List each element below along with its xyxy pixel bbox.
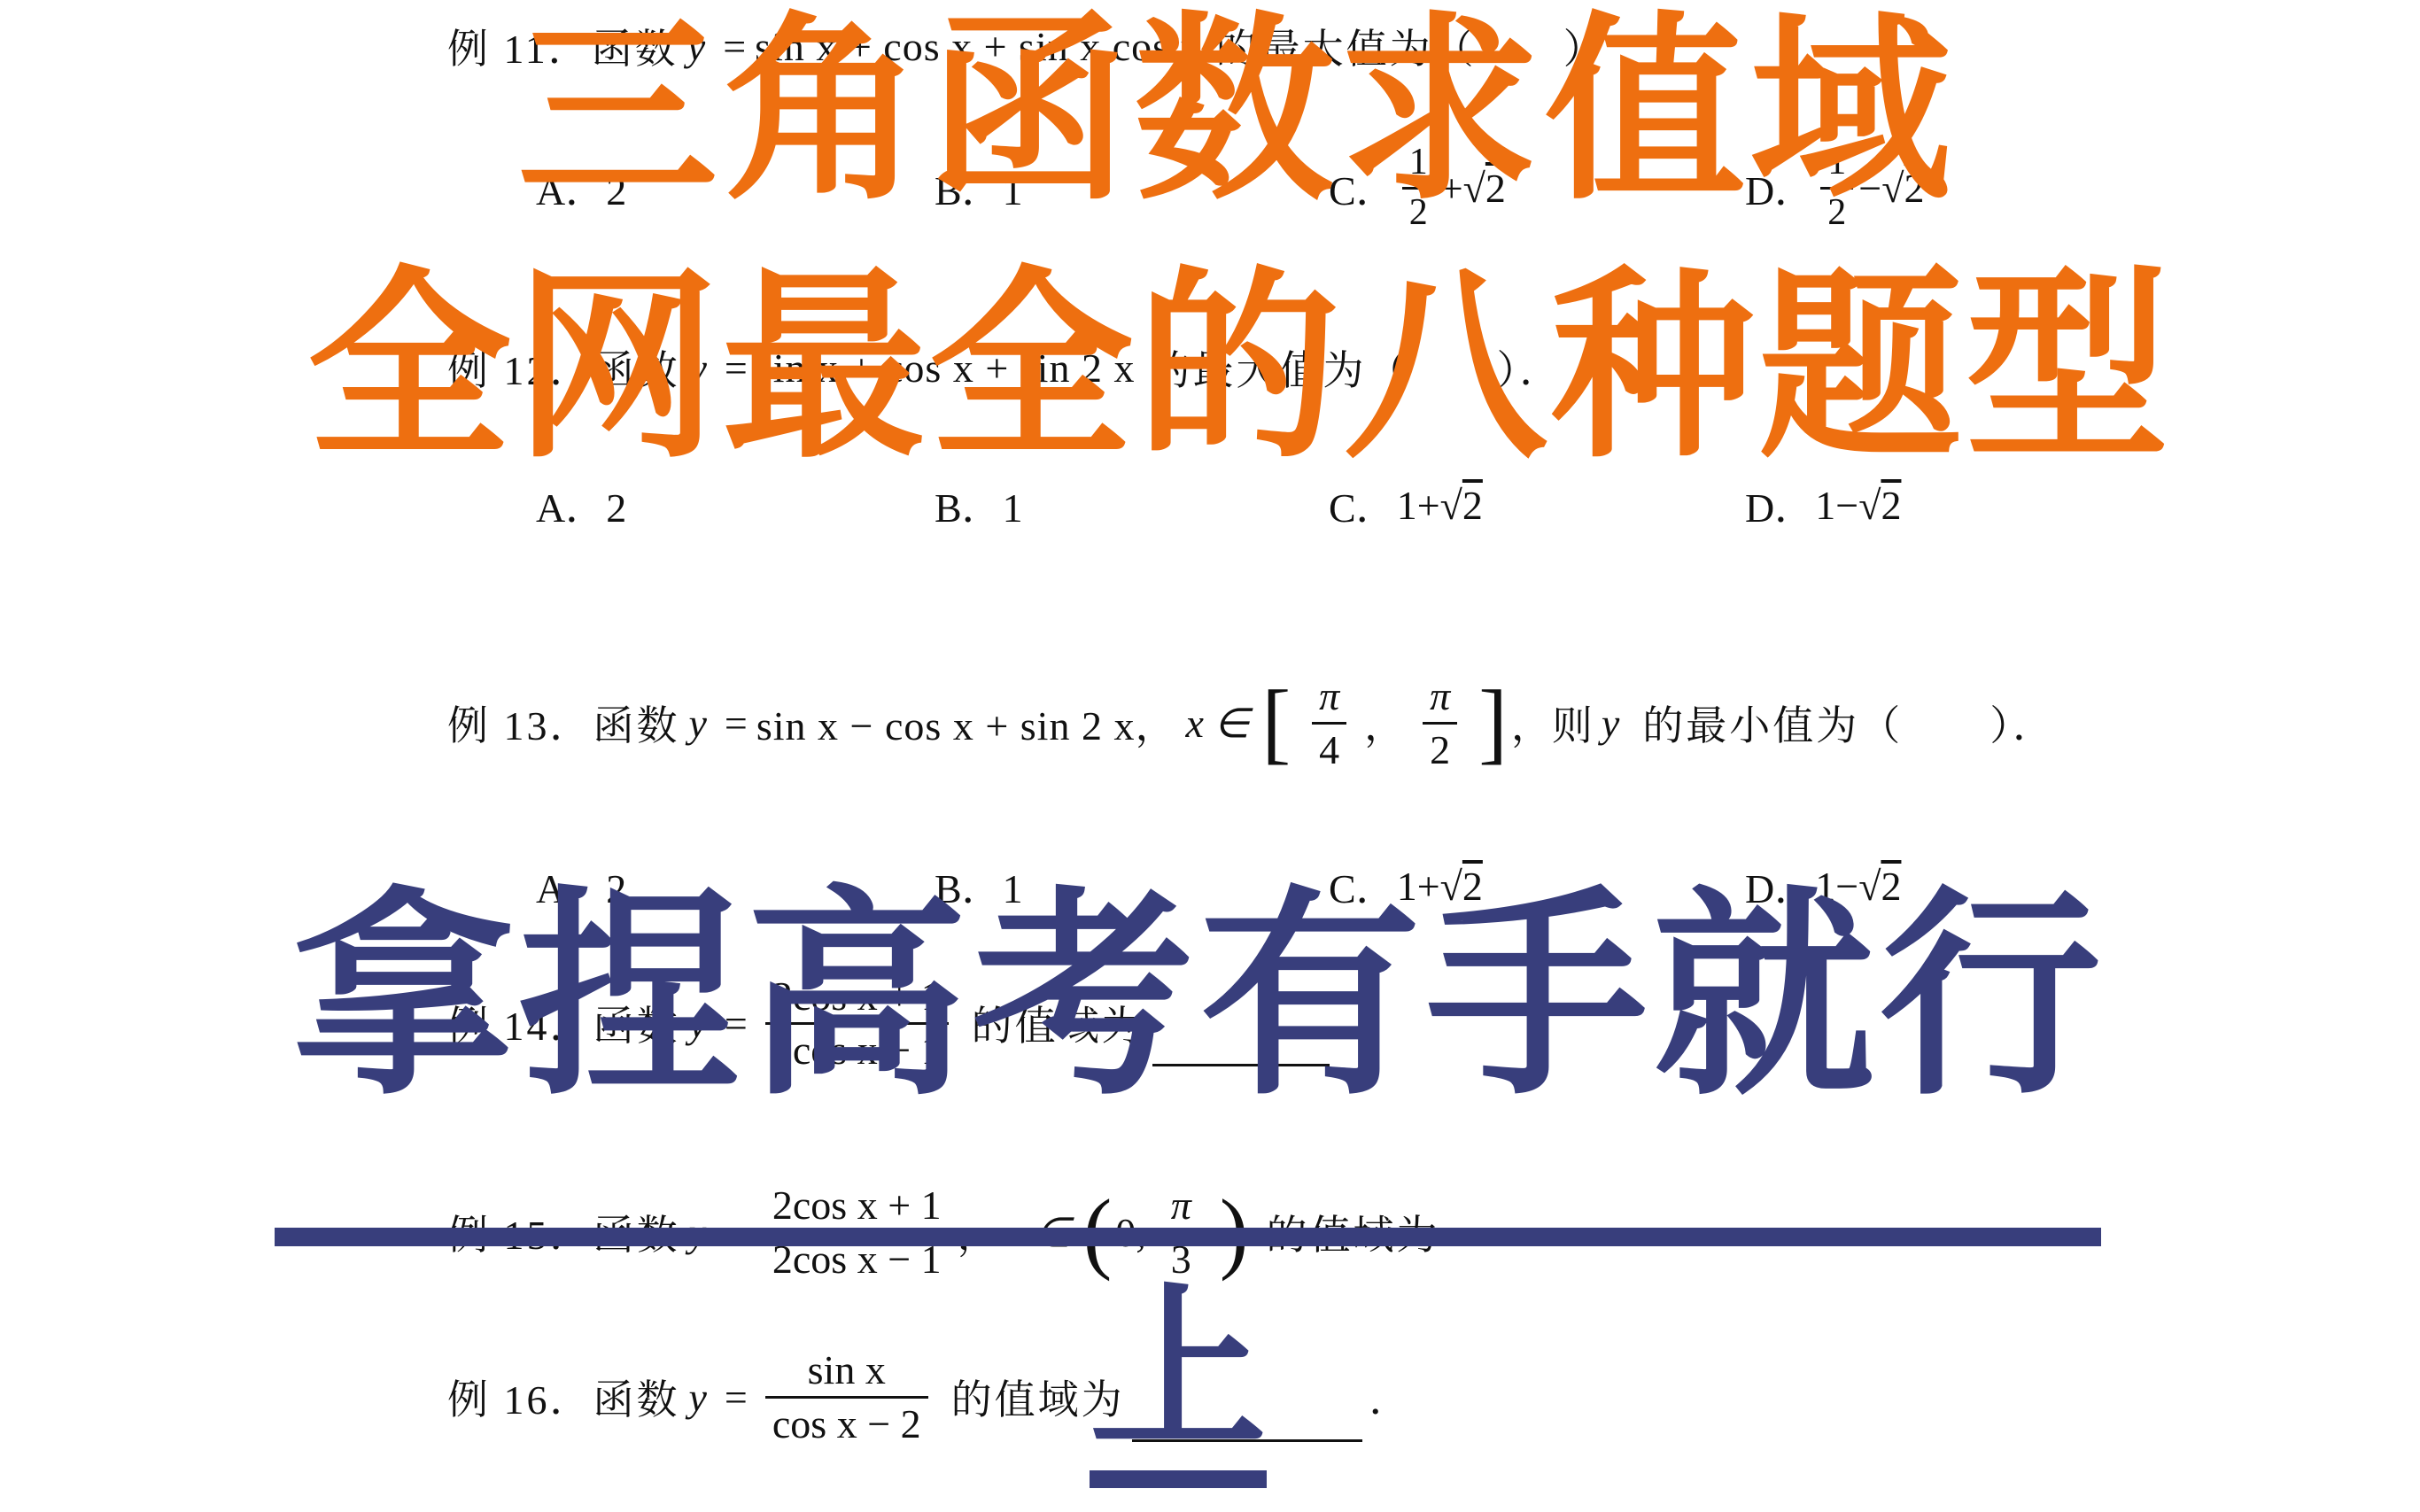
problem-13-var: y <box>689 700 707 747</box>
tagline: 拿捏高考有手就行 <box>292 886 2106 1107</box>
headline-line1: 三角函数求值域 <box>517 11 1956 211</box>
option-12-c-sqrt: √2 <box>1440 482 1483 529</box>
option-12-c-pre: 1+ <box>1397 482 1440 529</box>
problem-13-domain-var: x ∈ <box>1185 699 1249 747</box>
radical-sign: √ <box>1440 483 1462 528</box>
fraction-denominator: 4 <box>1312 722 1346 773</box>
problem-16-var: y <box>689 1374 707 1421</box>
problem-13-then: ，则 <box>1511 694 1593 752</box>
fraction-denominator: cos x − 2 <box>765 1396 928 1447</box>
left-bracket: [ <box>1261 678 1291 769</box>
radicand: 2 <box>1881 483 1901 528</box>
problem-13-label: 例 13．函数 <box>447 694 680 752</box>
problem-13-var-2: y <box>1602 700 1619 747</box>
fraction-numerator: 2cos x + 1 <box>765 1182 949 1231</box>
radicand: 2 <box>1462 483 1483 528</box>
part-badge: 上 <box>1090 1283 1267 1488</box>
problem-16-label: 例 16．函数 <box>447 1368 680 1426</box>
option-12-a-text: A．2 <box>536 476 626 534</box>
option-12-d-label: D． <box>1745 476 1815 534</box>
option-12-c-label: C． <box>1329 476 1397 534</box>
fraction-numerator: π <box>1164 1182 1198 1231</box>
right-bracket: ] <box>1478 678 1508 769</box>
fraction-numerator: sin x <box>801 1347 893 1396</box>
problem-13: 例 13．函数 y = sin x − cos x + sin 2 x， x ∈… <box>447 669 2056 777</box>
problem-13-fraction-2: π 2 <box>1414 673 1466 772</box>
fraction-denominator: 2 <box>1423 722 1457 773</box>
problem-13-comma: ， <box>1364 694 1405 752</box>
divider-bar <box>275 1228 2101 1246</box>
problem-13-equals: = <box>725 700 748 747</box>
problem-16-period: ． <box>1369 1368 1410 1426</box>
problem-13-fraction-1: π 4 <box>1303 673 1355 772</box>
option-12-d-pre: 1− <box>1815 482 1858 529</box>
problem-16-fraction: sin x cos x − 2 <box>765 1347 928 1446</box>
problem-13-question: 的最小值为（ ）． <box>1642 694 2056 752</box>
worksheet-page: 例 11．函数 y = sin x + cos x + sin x cos x … <box>0 0 2420 1512</box>
fraction-numerator: π <box>1423 673 1457 722</box>
headline-line2: 全网最全的八种题型 <box>307 266 2173 469</box>
radical-sign: √ <box>1858 483 1881 528</box>
option-12-d-sqrt: √2 <box>1858 482 1901 529</box>
fraction-numerator: π <box>1312 673 1346 722</box>
problem-13-expression: sin x − cos x + sin 2 x， <box>756 694 1177 752</box>
problem-16-equals: = <box>725 1374 748 1421</box>
option-12-b-text: B．1 <box>935 476 1023 534</box>
